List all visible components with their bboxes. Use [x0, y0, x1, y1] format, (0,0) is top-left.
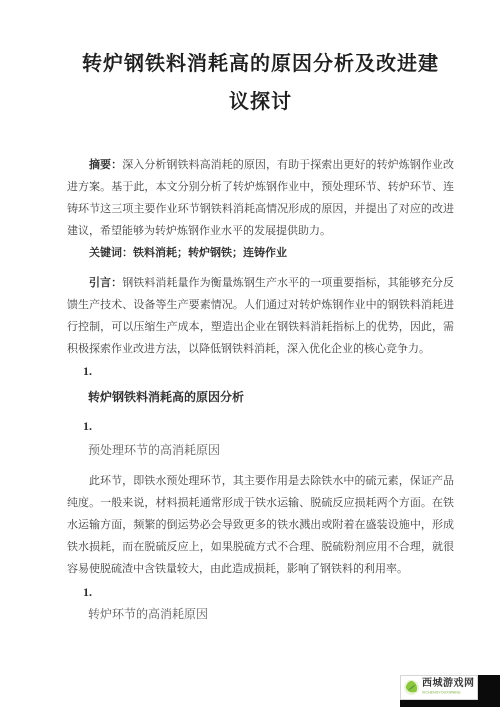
- subsection-1-heading: 预处理环节的高消耗原因: [88, 439, 454, 461]
- document-content: 转炉钢铁料消耗高的原因分析及改进建议探讨 摘要：深入分析钢铁料高消耗的原因，有助…: [0, 45, 500, 625]
- watermark-corner-block: 西城游戏网 XICHENGYOUXIWANG: [400, 675, 500, 707]
- list-marker-2: 1.: [83, 415, 454, 437]
- page-title: 转炉钢铁料消耗高的原因分析及改进建议探讨: [67, 45, 454, 121]
- abstract-label: 摘要：: [89, 159, 122, 171]
- watermark-subtext: XICHENGYOUXIWANG: [422, 691, 461, 695]
- abstract-text: 深入分析钢铁料高消耗的原因，有助于探索出更好的转炉炼钢作业改进方案。基于此，本文…: [67, 159, 454, 237]
- document-page: 转炉钢铁料消耗高的原因分析及改进建议探讨 摘要：深入分析钢铁料高消耗的原因，有助…: [0, 0, 500, 707]
- title-line-2: 议探讨: [229, 91, 292, 113]
- title-line-1: 转炉钢铁料消耗高的原因分析及改进建: [82, 53, 439, 75]
- introduction-paragraph: 引言：钢铁料消耗量作为衡量炼钢生产水平的一项重要指标，其能够充分反馈生产技术、设…: [67, 272, 454, 360]
- list-marker-1: 1.: [83, 360, 454, 382]
- section-1-heading: 转炉钢铁料消耗高的原因分析: [88, 386, 454, 408]
- abstract-paragraph: 摘要：深入分析钢铁料高消耗的原因，有助于探索出更好的转炉炼钢作业改进方案。基于此…: [67, 154, 454, 242]
- introduction-text: 钢铁料消耗量作为衡量炼钢生产水平的一项重要指标，其能够充分反馈生产技术、设备等生…: [67, 277, 454, 355]
- watermark-text-group: 西城游戏网 XICHENGYOUXIWANG: [422, 679, 486, 696]
- keywords-line: 关键词：铁料消耗；转炉钢铁；连铸作业: [67, 242, 454, 264]
- introduction-label: 引言：: [89, 277, 122, 289]
- subsection-1-paragraph: 此环节，即铁水预处理环节，其主要作用是去除铁水中的硫元素，保证产品纯度。一般来说…: [67, 470, 454, 580]
- watermark-site-name: 西城游戏网: [422, 679, 486, 689]
- list-marker-3: 1.: [83, 581, 454, 603]
- subsection-2-heading: 转炉环节的高消耗原因: [88, 603, 454, 625]
- leaf-icon: [403, 679, 420, 696]
- watermark-badge: 西城游戏网 XICHENGYOUXIWANG: [400, 675, 478, 700]
